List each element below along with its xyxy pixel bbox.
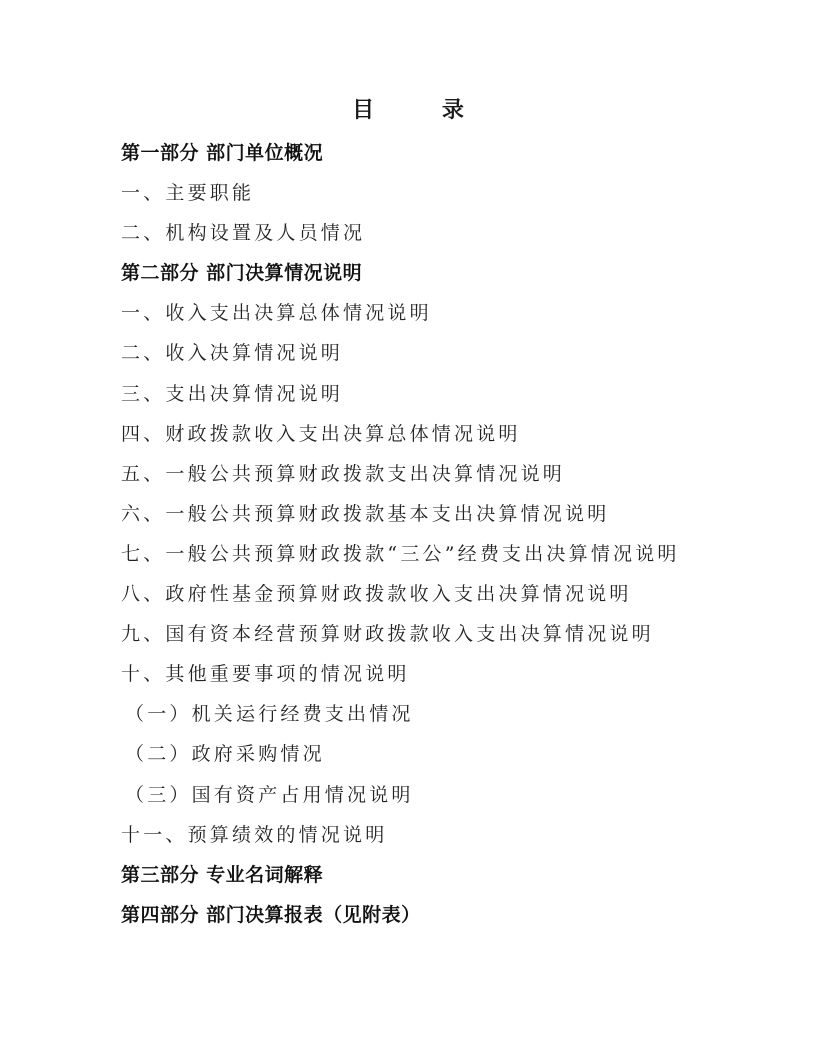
toc-item: 十一、预算绩效的情况说明 [121, 818, 680, 858]
toc-item: 八、政府性基金预算财政拨款收入支出决算情况说明 [121, 577, 680, 617]
toc-item: 一、收入支出决算总体情况说明 [121, 296, 680, 336]
table-of-contents: 第一部分 部门单位概况 一、主要职能 二、机构设置及人员情况 第二部分 部门决算… [121, 136, 680, 938]
toc-item: 九、国有资本经营预算财政拨款收入支出决算情况说明 [121, 617, 680, 657]
toc-item: 三、支出决算情况说明 [121, 377, 680, 417]
toc-item: 十、其他重要事项的情况说明 [121, 657, 680, 697]
toc-part-3: 第三部分 专业名词解释 [121, 858, 680, 898]
toc-part-4: 第四部分 部门决算报表（见附表） [121, 898, 680, 938]
toc-item: 六、一般公共预算财政拨款基本支出决算情况说明 [121, 497, 680, 537]
toc-item: 二、机构设置及人员情况 [121, 216, 680, 256]
toc-part-1: 第一部分 部门单位概况 [121, 136, 680, 176]
toc-subitem: （一）机关运行经费支出情况 [121, 697, 680, 737]
toc-part-2: 第二部分 部门决算情况说明 [121, 256, 680, 296]
toc-item: 四、财政拨款收入支出决算总体情况说明 [121, 417, 680, 457]
toc-item: 五、一般公共预算财政拨款支出决算情况说明 [121, 457, 680, 497]
toc-item: 二、收入决算情况说明 [121, 336, 680, 376]
toc-title: 目 录 [0, 94, 816, 126]
document-page: 目 录 第一部分 部门单位概况 一、主要职能 二、机构设置及人员情况 第二部分 … [0, 0, 816, 1056]
toc-item: 七、一般公共预算财政拨款“三公”经费支出决算情况说明 [121, 537, 680, 577]
toc-subitem: （二）政府采购情况 [121, 737, 680, 777]
toc-subitem: （三）国有资产占用情况说明 [121, 778, 680, 818]
toc-item: 一、主要职能 [121, 176, 680, 216]
